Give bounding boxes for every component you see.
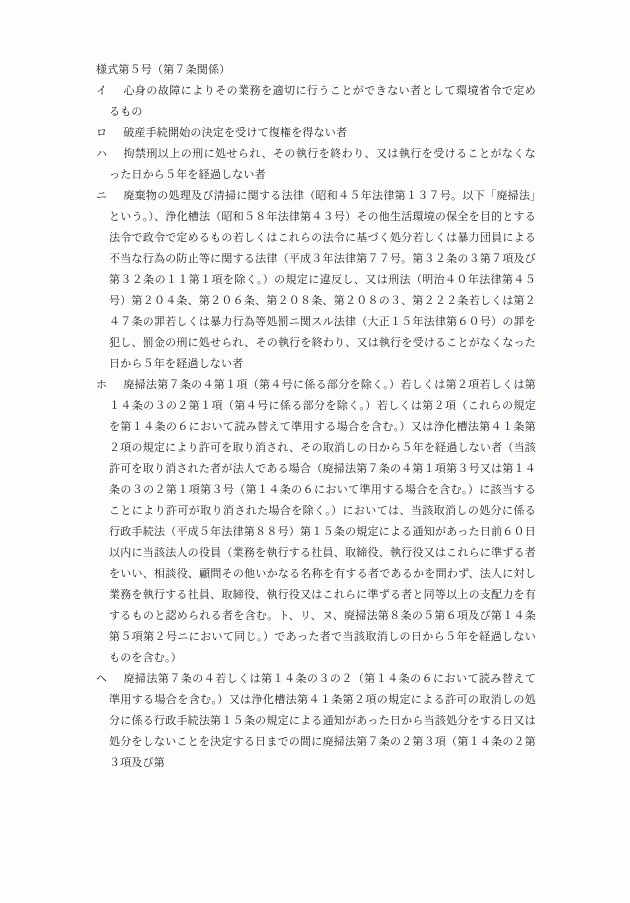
item-marker: イ (96, 85, 107, 97)
item-marker: ニ (96, 190, 107, 202)
item-text: 廃棄物の処理及び清掃に関する法律（昭和４５年法律第１３７号。以下「廃掃法」という… (109, 190, 536, 370)
item-marker: ハ (96, 148, 107, 160)
document-page: 様式第５号（第７条関係） イ心身の故障によりその業務を適切に行うことができない者… (0, 0, 630, 903)
item-text: 破産手続開始の決定を受けて復権を得ない者 (123, 127, 347, 139)
list-item-ha: ハ拘禁刑以上の刑に処せられ、その執行を終わり、又は執行を受けることがなくなった日… (96, 144, 536, 186)
item-text: 拘禁刑以上の刑に処せられ、その執行を終わり、又は執行を受けることがなくなった日か… (109, 148, 536, 181)
document-title: 様式第５号（第７条関係） (96, 60, 536, 81)
item-marker: ホ (96, 379, 107, 391)
item-marker: ロ (96, 127, 107, 139)
list-item-ni: ニ廃棄物の処理及び清掃に関する法律（昭和４５年法律第１３７号。以下「廃掃法」とい… (96, 186, 536, 375)
item-marker: ヘ (96, 673, 107, 685)
list-item-he: ヘ廃掃法第７条の４若しくは第１４条の３の２（第１４条の６において読み替えて準用す… (96, 669, 536, 774)
list-item-ro: ロ破産手続開始の決定を受けて復権を得ない者 (96, 123, 536, 144)
list-item-i: イ心身の故障によりその業務を適切に行うことができない者として環境省令で定めるもの (96, 81, 536, 123)
item-text: 廃掃法第７条の４若しくは第１４条の３の２（第１４条の６において読み替えて準用する… (109, 673, 536, 769)
item-text: 廃掃法第７条の４第１項（第４号に係る部分を除く。）若しくは第２項若しくは第１４条… (109, 379, 536, 664)
item-text: 心身の故障によりその業務を適切に行うことができない者として環境省令で定めるもの (109, 85, 536, 118)
list-item-ho: ホ廃掃法第７条の４第１項（第４号に係る部分を除く。）若しくは第２項若しくは第１４… (96, 375, 536, 669)
